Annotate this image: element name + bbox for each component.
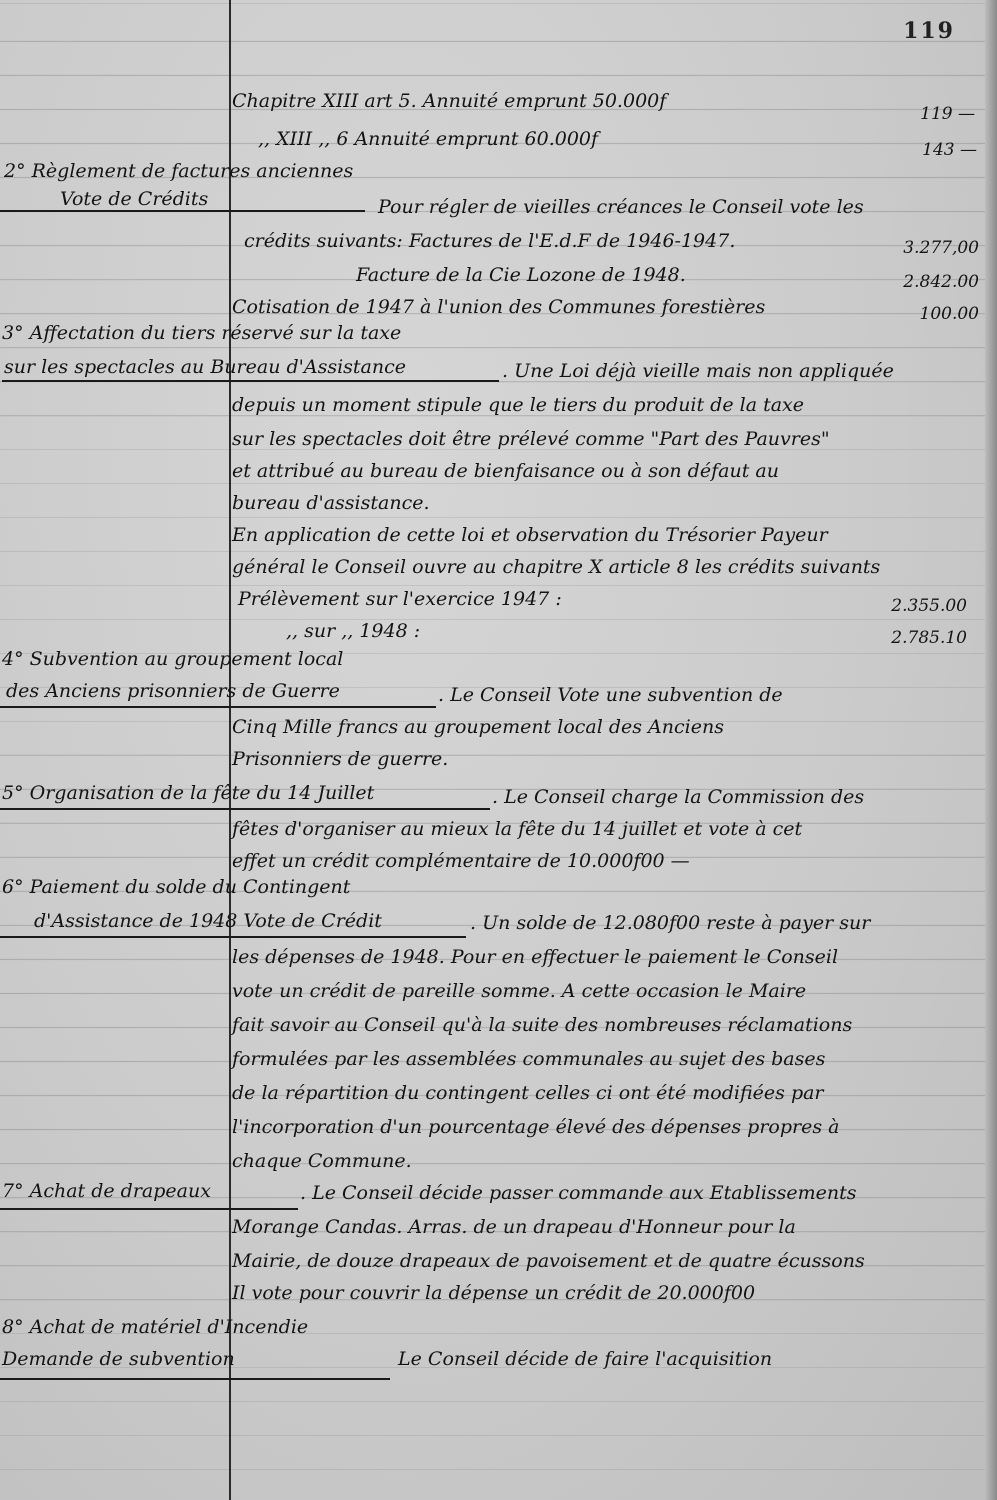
amount: 3.277,00 [903, 238, 979, 258]
section-heading: des Anciens prisonniers de Guerre [6, 680, 340, 702]
page-edge-shadow [985, 0, 997, 1500]
body-line: Cotisation de 1947 à l'union des Commune… [232, 296, 765, 318]
body-line: ,, sur ,, 1948 : [286, 620, 420, 642]
body-line: . Une Loi déjà vieille mais non appliqué… [502, 360, 894, 382]
amount: 2.785.10 [891, 628, 967, 648]
body-line: général le Conseil ouvre au chapitre X a… [232, 556, 880, 578]
section-heading: 8° Achat de matériel d'Incendie [2, 1316, 308, 1338]
section-underline [0, 936, 466, 938]
body-line: effet un crédit complémentaire de 10.000… [232, 850, 690, 872]
page-number: 119 [903, 18, 955, 44]
body-line: chaque Commune. [232, 1150, 412, 1172]
section-heading: 2° Règlement de factures anciennes [4, 160, 353, 182]
section-heading: d'Assistance de 1948 Vote de Crédit [34, 910, 382, 932]
section-heading: 6° Paiement du solde du Contingent [2, 876, 350, 898]
body-line: Prisonniers de guerre. [232, 748, 448, 770]
section-heading: 4° Subvention au groupement local [2, 648, 343, 670]
margin-line [229, 0, 231, 1500]
body-line: . Le Conseil décide passer commande aux … [300, 1182, 857, 1204]
section-heading: 7° Achat de drapeaux [2, 1180, 211, 1202]
body-line: crédits suivants: Factures de l'E.d.F de… [244, 230, 735, 252]
section-heading: Vote de Crédits [60, 188, 208, 210]
body-line: Pour régler de vieilles créances le Cons… [378, 196, 864, 218]
section-heading: 3° Affectation du tiers réservé sur la t… [2, 322, 401, 344]
body-line: bureau d'assistance. [232, 492, 430, 514]
section-underline [0, 1208, 298, 1210]
body-line: fait savoir au Conseil qu'à la suite des… [232, 1014, 852, 1036]
body-line: . Un solde de 12.080f00 reste à payer su… [470, 912, 870, 934]
section-underline [0, 1378, 390, 1380]
body-line: Mairie, de douze drapeaux de pavoisement… [232, 1250, 865, 1272]
amount: 100.00 [920, 304, 979, 324]
body-line: . Le Conseil Vote une subvention de [438, 684, 783, 706]
body-line: vote un crédit de pareille somme. A cett… [232, 980, 806, 1002]
ledger-page: 119 Chapitre XIII art 5. Annuité emprunt… [0, 0, 997, 1500]
body-line: les dépenses de 1948. Pour en effectuer … [232, 946, 838, 968]
section-underline [2, 380, 499, 382]
entry-line: Chapitre XIII art 5. Annuité emprunt 50.… [232, 90, 666, 112]
body-line: En application de cette loi et observati… [232, 524, 828, 546]
section-underline [0, 706, 436, 708]
body-line: Le Conseil décide de faire l'acquisition [398, 1348, 772, 1370]
body-line: sur les spectacles doit être prélevé com… [232, 428, 830, 450]
body-line: Prélèvement sur l'exercice 1947 : [238, 588, 562, 610]
body-line: Cinq Mille francs au groupement local de… [232, 716, 724, 738]
body-line: l'incorporation d'un pourcentage élevé d… [232, 1116, 839, 1138]
body-line: formulées par les assemblées communales … [232, 1048, 825, 1070]
body-line: Facture de la Cie Lozone de 1948. [356, 264, 686, 286]
body-line: de la répartition du contingent celles c… [232, 1082, 824, 1104]
body-line: Il vote pour couvrir la dépense un crédi… [232, 1282, 755, 1304]
amount: 2.355.00 [891, 596, 967, 616]
section-heading: sur les spectacles au Bureau d'Assistanc… [4, 356, 406, 378]
amount: 2.842.00 [903, 272, 979, 292]
page-ruling [0, 0, 997, 1500]
body-line: Morange Candas. Arras. de un drapeau d'H… [232, 1216, 796, 1238]
body-line: fêtes d'organiser au mieux la fête du 14… [232, 818, 802, 840]
entry-amount: 119 — [920, 104, 975, 124]
section-heading: Demande de subvention [2, 1348, 235, 1370]
section-heading: 5° Organisation de la fête du 14 Juillet [2, 782, 374, 804]
body-line: depuis un moment stipule que le tiers du… [232, 394, 804, 416]
entry-amount: 143 — [922, 140, 977, 160]
section-underline [0, 808, 490, 810]
section-underline [0, 210, 365, 212]
entry-line: ,, XIII ,, 6 Annuité emprunt 60.000f [258, 128, 598, 150]
body-line: . Le Conseil charge la Commission des [492, 786, 864, 808]
body-line: et attribué au bureau de bienfaisance ou… [232, 460, 779, 482]
